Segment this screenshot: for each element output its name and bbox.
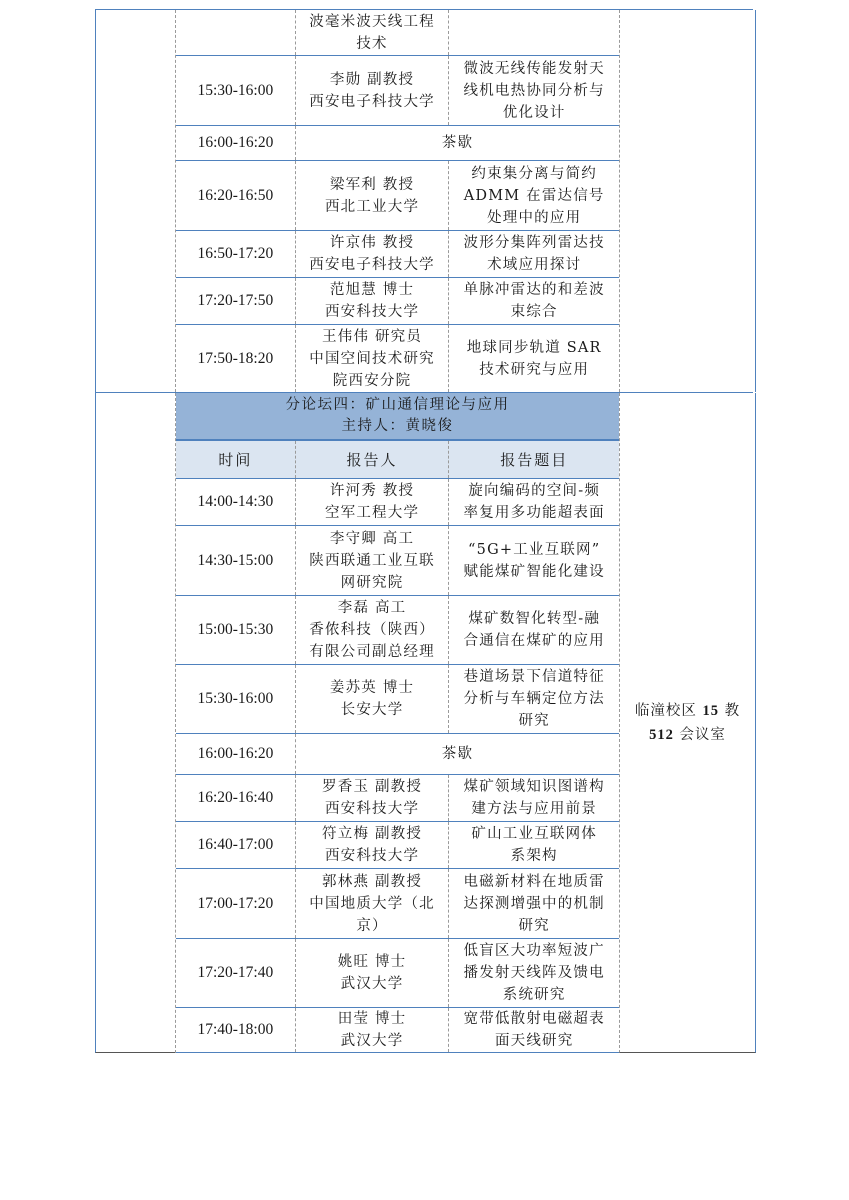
tea-break-row: 16:00-16:20茶歇 [176,734,619,775]
speaker-line: 符立梅 副教授 [322,823,422,845]
topic-cell: 矿山工业互联网体系架构 [448,822,619,868]
time-cell: 14:30-15:00 [176,526,295,595]
topic-line: ADMM 在雷达信号 [464,185,605,207]
speaker-line: 王伟伟 研究员 [309,326,435,348]
speaker-line: 武汉大学 [338,1030,407,1052]
topic-line: 术域应用探讨 [464,254,605,276]
time-cell: 15:30-16:00 [176,56,295,125]
forum-host: 主持人：黄晓俊 [176,416,619,437]
topic-cell: “5G+工业互联网”赋能煤矿智能化建设 [448,526,619,595]
speaker-line: 技术 [309,33,435,55]
schedule-table: 波毫米波天线工程技术15:30-16:00李勋 副教授西安电子科技大学微波无线传… [95,9,753,1053]
speaker-line: 京） [309,915,435,937]
forum-four-schedule: 分论坛四：矿山通信理论与应用 主持人：黄晓俊 时间 报告人 报告题目 14:00… [175,393,619,1053]
time-cell [176,10,295,55]
time-cell: 16:00-16:20 [176,734,295,774]
topic-cell: 约束集分离与简约ADMM 在雷达信号处理中的应用 [448,161,619,230]
topic-cell: 宽带低散射电磁超表面天线研究 [448,1008,619,1052]
speaker-cell: 波毫米波天线工程技术 [295,10,449,55]
schedule-row: 17:20-17:40姚旺 博士武汉大学低盲区大功率短波广播发射天线阵及馈电系统… [176,939,619,1008]
topic-line: 处理中的应用 [464,207,605,229]
speaker-line: 院西安分院 [309,370,435,392]
topic-cell: 微波无线传能发射天线机电热协同分析与优化设计 [448,56,619,125]
topic-line: “5G+工业互联网” [464,539,605,561]
speaker-line: 中国空间技术研究 [309,348,435,370]
topic-line: 宽带低散射电磁超表 [464,1008,605,1030]
topic-cell [448,10,619,55]
topic-cell: 电磁新材料在地质雷达探测增强中的机制研究 [448,869,619,938]
topic-line: 电磁新材料在地质雷 [464,871,605,893]
venue-building: 15 [703,703,720,719]
venue-text: 教 [719,703,740,719]
topic-line: 研究 [464,710,605,732]
topic-cell: 煤矿数智化转型-融合通信在煤矿的应用 [448,596,619,664]
speaker-line: 郭林燕 副教授 [309,871,435,893]
speaker-cell: 许京伟 教授西安电子科技大学 [295,231,449,277]
forum-title: 分论坛四：矿山通信理论与应用 [176,395,619,416]
forum-four-section: 分论坛四：矿山通信理论与应用 主持人：黄晓俊 时间 报告人 报告题目 14:00… [95,393,753,1053]
speaker-cell: 李守卿 高工陕西联通工业互联网研究院 [295,526,449,595]
topic-cell: 旋向编码的空间-频率复用多功能超表面 [448,479,619,525]
speaker-line: 中国地质大学（北 [309,893,435,915]
speaker-cell: 李勋 副教授西安电子科技大学 [295,56,449,125]
speaker-line: 陕西联通工业互联 [309,550,435,572]
schedule-row: 17:00-17:20郭林燕 副教授中国地质大学（北京）电磁新材料在地质雷达探测… [176,869,619,939]
speaker-cell: 田莹 博士武汉大学 [295,1008,449,1052]
topic-line: 播发射天线阵及馈电 [464,962,605,984]
topic-line: 技术研究与应用 [467,359,602,381]
speaker-cell: 罗香玉 副教授西安科技大学 [295,775,449,821]
topic-cell: 波形分集阵列雷达技术域应用探讨 [448,231,619,277]
venue-text: 临潼校区 [635,703,703,719]
topic-line: 分析与车辆定位方法 [464,688,605,710]
speaker-line: 波毫米波天线工程 [309,11,435,33]
topic-cell: 低盲区大功率短波广播发射天线阵及馈电系统研究 [448,939,619,1007]
speaker-line: 西安电子科技大学 [309,254,435,276]
topic-line: 约束集分离与简约 [464,163,605,185]
venue-cell [619,10,756,392]
time-cell: 17:50-18:20 [176,325,295,392]
speaker-line: 西北工业大学 [325,196,419,218]
topic-line: 旋向编码的空间-频 [464,480,605,502]
topic-line: 煤矿领域知识图谱构 [464,776,605,798]
speaker-line: 姜苏英 博士 [330,677,414,699]
forum-label-cell [95,393,175,1053]
speaker-line: 李磊 高工 [309,597,435,619]
topic-line: 微波无线传能发射天 [464,58,605,80]
topic-line: 波形分集阵列雷达技 [464,232,605,254]
schedule-row: 15:30-16:00姜苏英 博士长安大学巷道场景下信道特征分析与车辆定位方法研… [176,665,619,734]
speaker-cell: 符立梅 副教授西安科技大学 [295,822,449,868]
header-time: 时间 [176,441,295,478]
schedule-row: 16:20-16:40罗香玉 副教授西安科技大学煤矿领域知识图谱构建方法与应用前… [176,775,619,822]
forum-title-band: 分论坛四：矿山通信理论与应用 主持人：黄晓俊 [176,393,619,441]
topic-line: 系架构 [471,845,597,867]
topic-line: 系统研究 [464,984,605,1006]
topic-line: 研究 [464,915,605,937]
time-cell: 16:20-16:50 [176,161,295,230]
speaker-line: 空军工程大学 [325,502,419,524]
topic-line: 合通信在煤矿的应用 [464,630,605,652]
time-cell: 15:00-15:30 [176,596,295,664]
header-topic: 报告题目 [448,441,619,478]
speaker-line: 李守卿 高工 [309,528,435,550]
time-cell: 16:20-16:40 [176,775,295,821]
forum-label-cell [95,10,175,392]
speaker-cell: 王伟伟 研究员中国空间技术研究院西安分院 [295,325,449,392]
speaker-line: 西安科技大学 [322,798,422,820]
time-cell: 17:20-17:40 [176,939,295,1007]
topic-line: 低盲区大功率短波广 [464,940,605,962]
schedule-row: 16:40-17:00符立梅 副教授西安科技大学矿山工业互联网体系架构 [176,822,619,869]
topic-line: 达探测增强中的机制 [464,893,605,915]
schedule-row: 14:30-15:00李守卿 高工陕西联通工业互联网研究院“5G+工业互联网”赋… [176,526,619,596]
topic-cell: 地球同步轨道 SAR技术研究与应用 [448,325,619,392]
topic-line: 优化设计 [464,102,605,124]
speaker-cell: 许河秀 教授空军工程大学 [295,479,449,525]
time-cell: 16:40-17:00 [176,822,295,868]
speaker-line: 西安科技大学 [325,301,419,323]
speaker-line: 罗香玉 副教授 [322,776,422,798]
topic-line: 巷道场景下信道特征 [464,666,605,688]
topic-line: 建方法与应用前景 [464,798,605,820]
speaker-cell: 李磊 高工香侬科技（陕西）有限公司副总经理 [295,596,449,664]
schedule-row: 17:20-17:50范旭慧 博士西安科技大学单脉冲雷达的和差波束综合 [176,278,619,325]
forum-three-schedule: 波毫米波天线工程技术15:30-16:00李勋 副教授西安电子科技大学微波无线传… [175,10,619,392]
venue-cell: 临潼校区 15 教 512 会议室 [619,393,756,1053]
time-cell: 16:50-17:20 [176,231,295,277]
speaker-line: 西安科技大学 [322,845,422,867]
topic-line: 赋能煤矿智能化建设 [464,561,605,583]
speaker-line: 梁军利 教授 [325,174,419,196]
topic-line: 面天线研究 [464,1030,605,1052]
schedule-row: 17:50-18:20王伟伟 研究员中国空间技术研究院西安分院地球同步轨道 SA… [176,325,619,392]
speaker-line: 田莹 博士 [338,1008,407,1030]
speaker-cell: 姜苏英 博士长安大学 [295,665,449,733]
time-cell: 17:40-18:00 [176,1008,295,1052]
speaker-line: 网研究院 [309,572,435,594]
speaker-cell: 姚旺 博士武汉大学 [295,939,449,1007]
time-cell: 17:00-17:20 [176,869,295,938]
schedule-row: 波毫米波天线工程技术 [176,10,619,56]
schedule-row: 15:30-16:00李勋 副教授西安电子科技大学微波无线传能发射天线机电热协同… [176,56,619,126]
topic-line: 单脉冲雷达的和差波 [464,279,605,301]
time-cell: 15:30-16:00 [176,665,295,733]
schedule-row: 16:50-17:20许京伟 教授西安电子科技大学波形分集阵列雷达技术域应用探讨 [176,231,619,278]
time-cell: 16:00-16:20 [176,126,295,160]
schedule-row: 14:00-14:30许河秀 教授空军工程大学旋向编码的空间-频率复用多功能超表… [176,479,619,526]
topic-line: 束综合 [464,301,605,323]
topic-cell: 煤矿领域知识图谱构建方法与应用前景 [448,775,619,821]
break-cell: 茶歇 [295,126,619,160]
schedule-row: 16:20-16:50梁军利 教授西北工业大学约束集分离与简约ADMM 在雷达信… [176,161,619,231]
time-cell: 14:00-14:30 [176,479,295,525]
header-speaker: 报告人 [295,441,449,478]
topic-line: 线机电热协同分析与 [464,80,605,102]
topic-cell: 巷道场景下信道特征分析与车辆定位方法研究 [448,665,619,733]
forum-three-section: 波毫米波天线工程技术15:30-16:00李勋 副教授西安电子科技大学微波无线传… [95,9,753,393]
schedule-row: 17:40-18:00田莹 博士武汉大学宽带低散射电磁超表面天线研究 [176,1008,619,1053]
speaker-line: 许京伟 教授 [309,232,435,254]
speaker-line: 范旭慧 博士 [325,279,419,301]
topic-line: 率复用多功能超表面 [464,502,605,524]
column-header-row: 时间 报告人 报告题目 [176,441,619,479]
speaker-line: 西安电子科技大学 [309,91,435,113]
tea-break-row: 16:00-16:20茶歇 [176,126,619,161]
topic-line: 煤矿数智化转型-融 [464,608,605,630]
speaker-line: 许河秀 教授 [325,480,419,502]
speaker-line: 李勋 副教授 [309,69,435,91]
speaker-line: 武汉大学 [338,973,407,995]
topic-cell: 单脉冲雷达的和差波束综合 [448,278,619,324]
time-cell: 17:20-17:50 [176,278,295,324]
speaker-line: 长安大学 [330,699,414,721]
speaker-line: 有限公司副总经理 [309,641,435,663]
topic-line: 矿山工业互联网体 [471,823,597,845]
speaker-line: 姚旺 博士 [338,951,407,973]
speaker-cell: 范旭慧 博士西安科技大学 [295,278,449,324]
break-cell: 茶歇 [295,734,619,774]
venue-room: 512 [649,727,674,743]
venue-text: 会议室 [674,727,726,743]
speaker-line: 香侬科技（陕西） [309,619,435,641]
speaker-cell: 梁军利 教授西北工业大学 [295,161,449,230]
speaker-cell: 郭林燕 副教授中国地质大学（北京） [295,869,449,938]
topic-line: 地球同步轨道 SAR [467,337,602,359]
schedule-row: 15:00-15:30李磊 高工香侬科技（陕西）有限公司副总经理煤矿数智化转型-… [176,596,619,665]
